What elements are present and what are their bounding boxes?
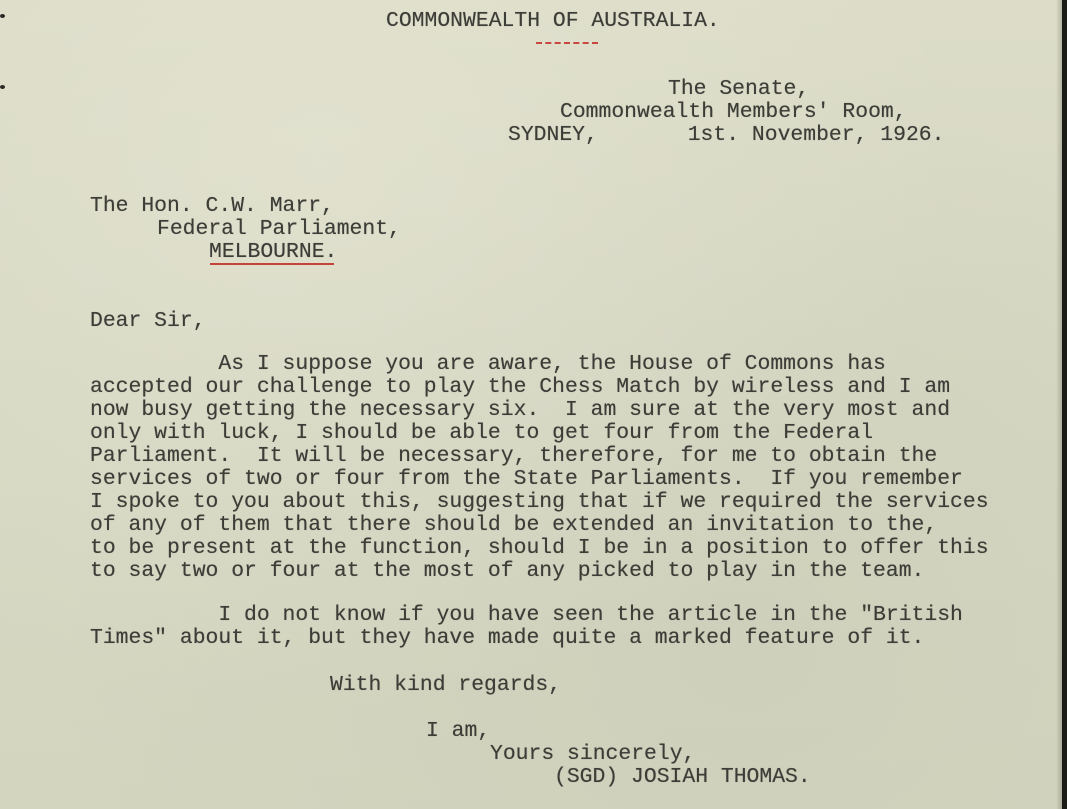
page-edge bbox=[1062, 0, 1067, 809]
body-line: to say two or four at the most of any pi… bbox=[90, 560, 924, 583]
sender-city-date: SYDNEY, 1st. November, 1926. bbox=[508, 124, 944, 147]
body-line: Parliament. It will be necessary, theref… bbox=[90, 445, 937, 468]
closing-regards: With kind regards, bbox=[330, 674, 561, 697]
punch-mark bbox=[0, 14, 5, 18]
letterhead-divider bbox=[536, 42, 598, 44]
sender-address-line2: Commonwealth Members' Room, bbox=[560, 101, 907, 124]
body-line: accepted our challenge to play the Chess… bbox=[90, 376, 950, 399]
body-line: to be present at the function, should I … bbox=[90, 537, 989, 560]
sender-city: SYDNEY, bbox=[508, 123, 598, 147]
recipient-city-underline bbox=[210, 263, 334, 265]
closing-i-am: I am, bbox=[426, 720, 490, 743]
sender-address-line1: The Senate, bbox=[668, 78, 809, 101]
body-line: I do not know if you have seen the artic… bbox=[90, 604, 963, 627]
recipient-organization: Federal Parliament, bbox=[157, 218, 401, 241]
body-line: services of two or four from the State P… bbox=[90, 468, 963, 491]
letterhead-title: COMMONWEALTH OF AUSTRALIA. bbox=[386, 10, 720, 33]
letter-date: 1st. November, 1926. bbox=[688, 123, 945, 147]
body-line: of any of them that there should be exte… bbox=[90, 514, 937, 537]
signature: (SGD) JOSIAH THOMAS. bbox=[554, 766, 811, 789]
salutation: Dear Sir, bbox=[90, 310, 206, 333]
body-line: Times" about it, but they have made quit… bbox=[90, 627, 924, 650]
recipient-city: MELBOURNE. bbox=[209, 241, 337, 264]
body-line: I spoke to you about this, suggesting th… bbox=[90, 491, 989, 514]
closing-yours-sincerely: Yours sincerely, bbox=[490, 743, 695, 766]
punch-mark bbox=[0, 85, 5, 89]
body-line: only with luck, I should be able to get … bbox=[90, 422, 873, 445]
body-line: As I suppose you are aware, the House of… bbox=[90, 353, 886, 376]
recipient-name: The Hon. C.W. Marr, bbox=[90, 195, 334, 218]
body-line: now busy getting the necessary six. I am… bbox=[90, 399, 950, 422]
